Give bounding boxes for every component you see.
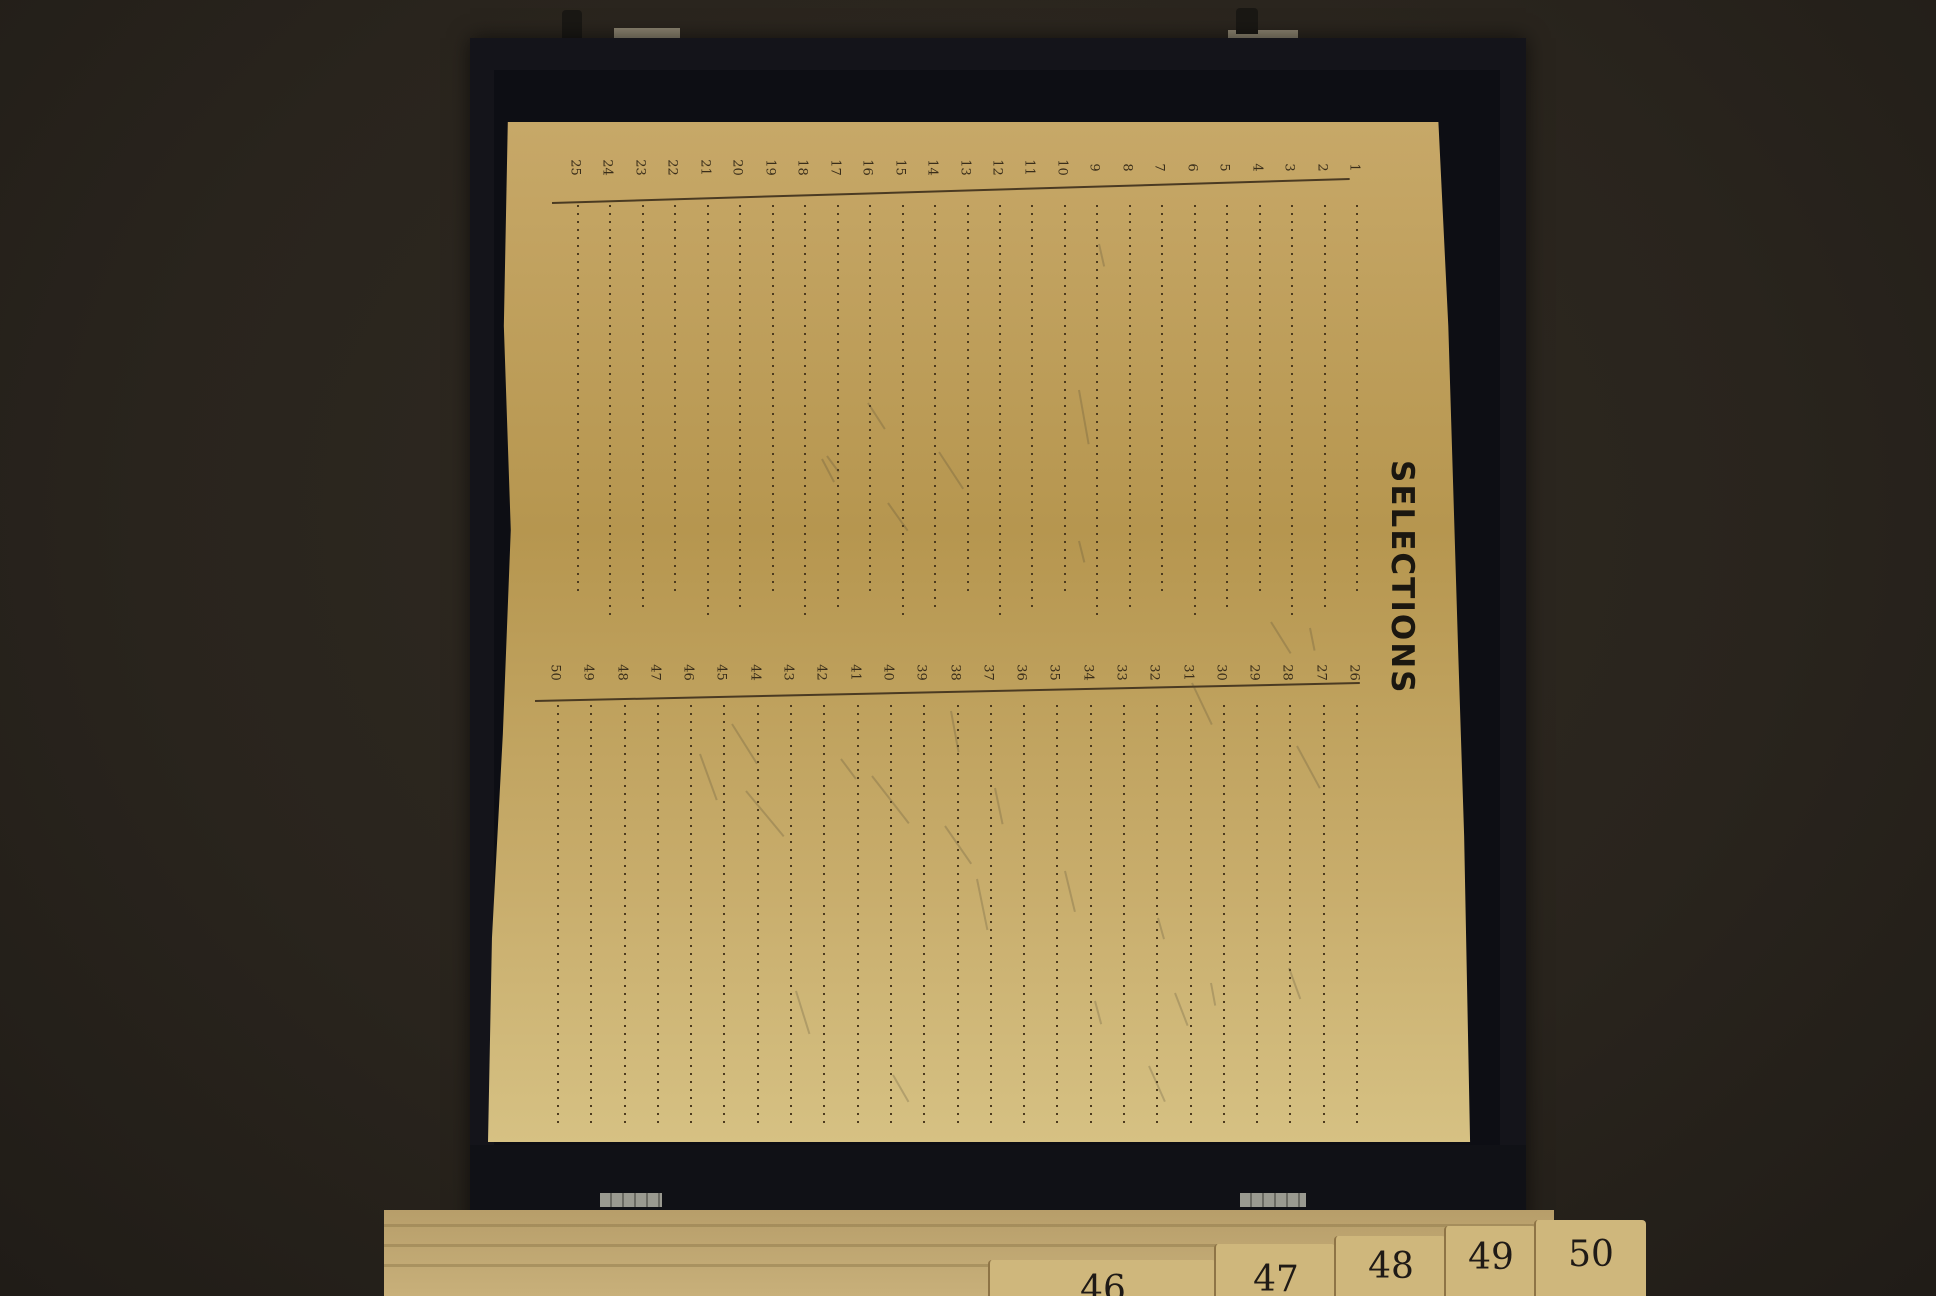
entry-line [1356,705,1358,1125]
row-number: 11 [1022,155,1037,181]
entry-line [723,705,725,1125]
row-number: 34 [1080,660,1095,686]
row-number: 22 [665,155,680,181]
row-number: 21 [697,155,712,181]
entry-line [1323,705,1325,1125]
entry-line [1223,705,1225,1125]
row-number: 47 [647,660,662,686]
row-number: 40 [880,660,895,686]
row-number: 23 [632,155,647,181]
entry-line [577,205,579,595]
entry-line [1096,205,1098,619]
row-number: 48 [614,660,629,686]
entry-line [757,705,759,1125]
row-number: 19 [762,155,777,181]
row-number: 39 [914,660,929,686]
entry-line [790,705,792,1125]
row-number: 16 [860,155,875,181]
row-number: 32 [1147,660,1162,686]
row-number: 50 [548,660,563,686]
entry-line [609,205,611,619]
row-number: 4 [1249,155,1264,181]
tab-47[interactable]: 47 [1214,1244,1336,1296]
entry-line [1090,705,1092,1125]
row-number: 5 [1217,155,1232,181]
entry-line [557,705,559,1125]
entry-line [1194,205,1196,619]
entry-line [869,205,871,595]
row-number: 38 [947,660,962,686]
index-tabs: 46 47 48 49 50 [384,1210,1554,1296]
row-number: 3 [1282,155,1297,181]
right-hinge [1240,1193,1306,1207]
selections-sheet [488,122,1478,1142]
row-number: 10 [1054,155,1069,181]
row-number: 1 [1347,155,1362,181]
entry-line [674,205,676,595]
entry-line [642,205,644,607]
row-number: 8 [1119,155,1134,181]
entry-line [1123,705,1125,1125]
entry-line [772,205,774,595]
tab-46[interactable]: 46 [988,1260,1216,1296]
entry-line [1190,705,1192,1125]
row-number: 24 [600,155,615,181]
row-number: 45 [714,660,729,686]
entry-line [990,705,992,1125]
row-number: 13 [957,155,972,181]
entry-line [923,705,925,1125]
entry-line [1056,705,1058,1125]
entry-line [967,205,969,595]
entry-line [857,705,859,1125]
row-number: 41 [847,660,862,686]
row-number: 37 [980,660,995,686]
row-number: 44 [747,660,762,686]
row-number: 14 [925,155,940,181]
row-number: 35 [1047,660,1062,686]
tab-49[interactable]: 49 [1444,1226,1536,1296]
entry-line [707,205,709,619]
entry-line [1161,205,1163,595]
sheet-title: SELECTIONS [1380,460,1420,750]
row-number: 15 [892,155,907,181]
entry-line [1324,205,1326,607]
row-number: 27 [1313,660,1328,686]
row-number: 49 [581,660,596,686]
row-number: 6 [1184,155,1199,181]
entry-line [823,705,825,1125]
entry-line [690,705,692,1125]
entry-line [890,705,892,1125]
entry-line [1256,705,1258,1125]
tab-48[interactable]: 48 [1334,1236,1446,1296]
entry-line [1023,705,1025,1125]
row-number: 33 [1113,660,1128,686]
row-number: 20 [730,155,745,181]
row-number: 25 [568,155,583,181]
row-number: 36 [1014,660,1029,686]
entry-line [902,205,904,619]
entry-line [1156,705,1158,1125]
entry-line [804,205,806,619]
entry-line [1259,205,1261,595]
entry-line [739,205,741,607]
row-number: 46 [681,660,696,686]
row-number: 29 [1247,660,1262,686]
entry-line [1031,205,1033,607]
entry-line [624,705,626,1125]
entry-line [657,705,659,1125]
row-number: 2 [1314,155,1329,181]
row-number: 17 [827,155,842,181]
left-hinge [600,1193,662,1207]
row-number: 28 [1280,660,1295,686]
entry-line [999,205,1001,619]
right-clasp [1236,8,1258,34]
entry-line [1289,705,1291,1125]
entry-line [934,205,936,607]
row-number: 7 [1152,155,1167,181]
entry-line [1226,205,1228,607]
entry-line [1064,205,1066,595]
row-number: 18 [795,155,810,181]
row-number: 42 [814,660,829,686]
row-number: 12 [989,155,1004,181]
row-number: 30 [1213,660,1228,686]
entry-line [957,705,959,1125]
entry-line [1129,205,1131,607]
row-number: 9 [1087,155,1102,181]
entry-line [1291,205,1293,619]
tab-50[interactable]: 50 [1534,1220,1646,1296]
entry-line [590,705,592,1125]
row-number: 43 [781,660,796,686]
entry-line [837,205,839,607]
entry-line [1356,205,1358,595]
